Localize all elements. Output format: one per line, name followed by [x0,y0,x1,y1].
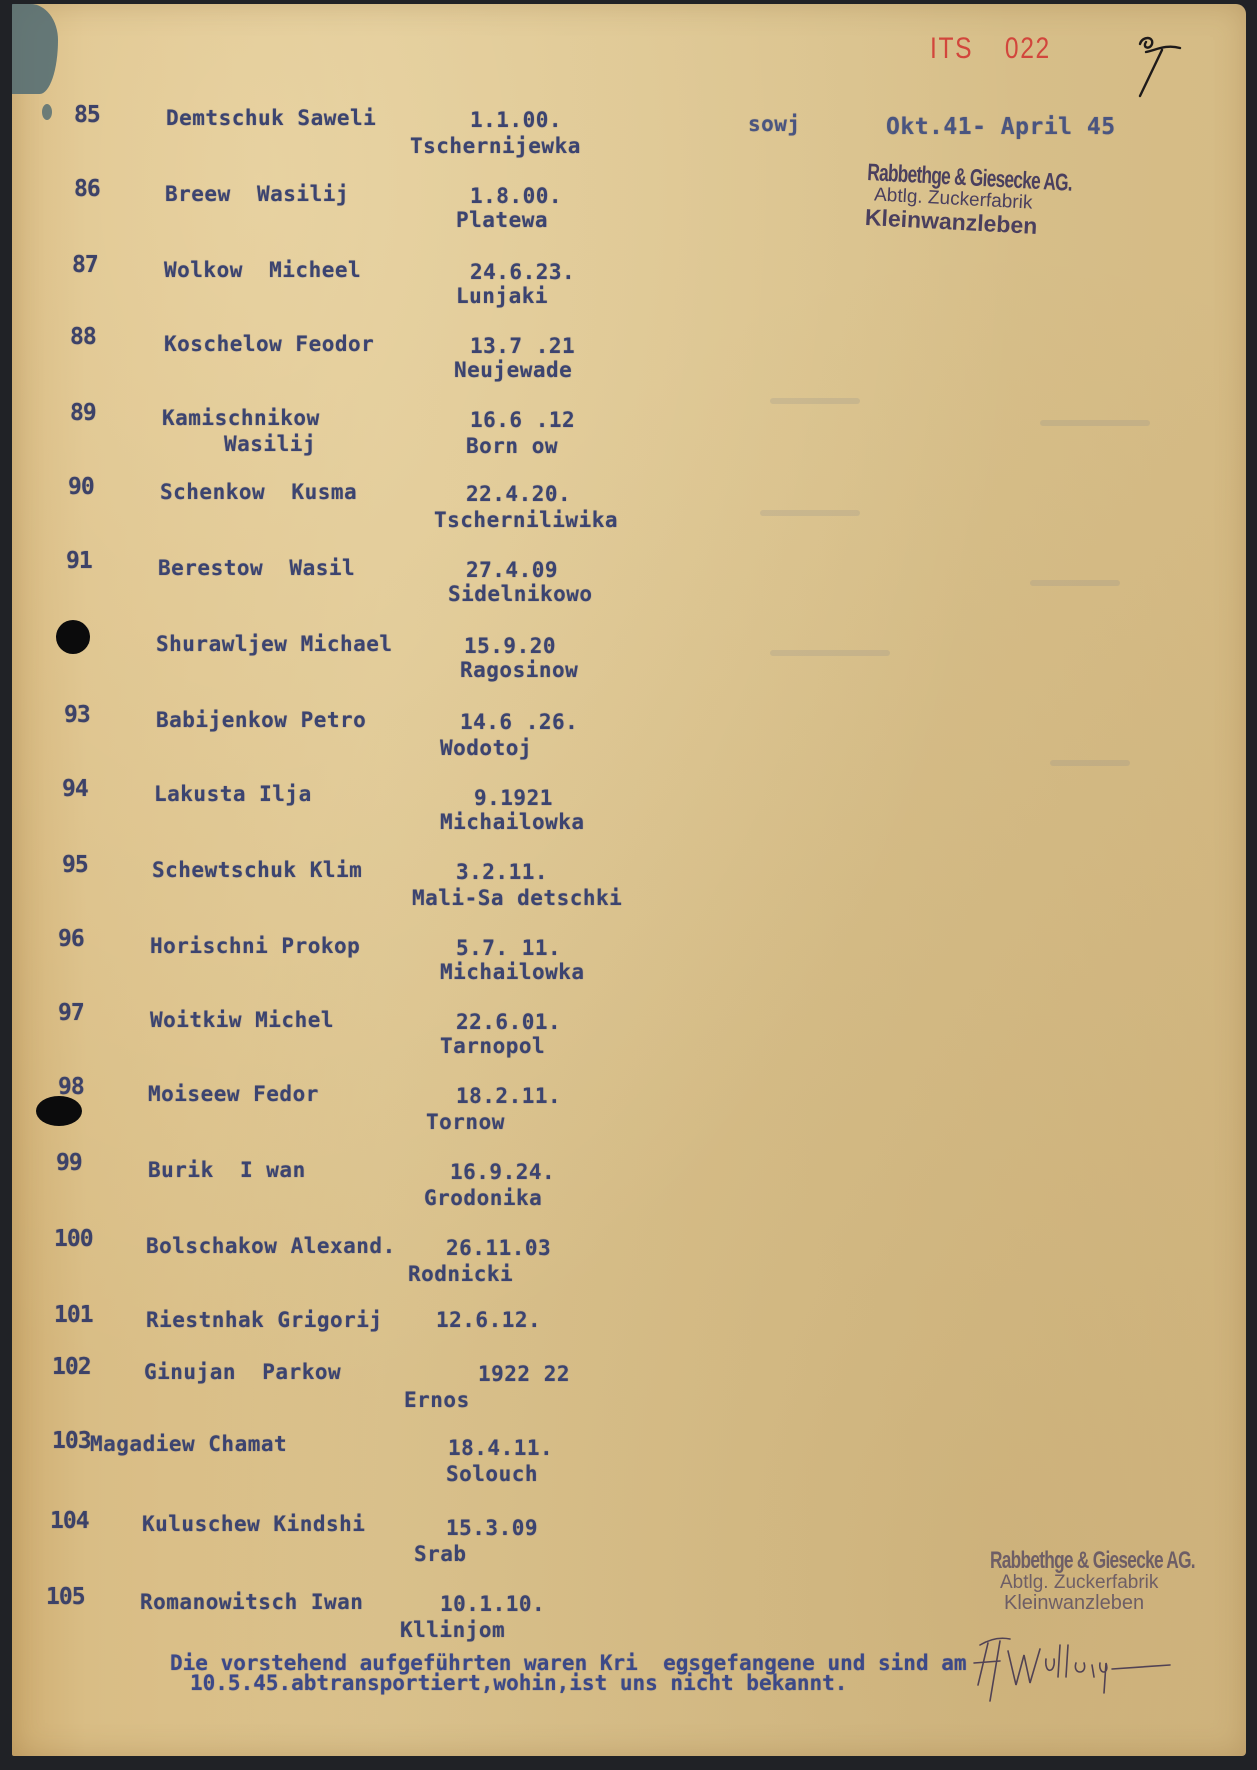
entry-birthplace: Ernos [404,1388,470,1412]
signature-icon: F. Wollschläger [960,1615,1180,1705]
entry-number: 97 [58,1000,84,1026]
entry-birthplace: Tschernijewka [410,134,581,158]
entry-birthdate: 13.7 .21 [470,334,575,358]
entry-birthplace: Ragosinow [460,658,578,682]
bleed-through-mark [1030,580,1120,586]
entry-number: 104 [50,1508,89,1534]
entry-name: Romanowitsch Iwan [140,1590,363,1614]
entry-name: Ginujan Parkow [144,1360,341,1384]
company-stamp-bottom: Rabbethge & Giesecke AG. Abtlg. Zuckerfa… [990,1548,1257,1614]
stamp-company-name: Rabbethge & Giesecke AG. [990,1548,1195,1573]
entry-birthdate: 22.4.20. [466,482,571,506]
entry-birthplace: Neujewade [454,358,572,382]
archive-stamp: ITS 022 [930,32,1051,66]
entry-birthdate: 3.2.11. [456,860,548,884]
entry-name: Woitkiw Michel [150,1008,334,1032]
entry-name: Babijenkow Petro [156,708,366,732]
entry-birthplace: Born ow [466,434,558,458]
entry-birthdate: 15.3.09 [446,1516,538,1540]
entry-name: Wolkow Micheel [164,258,361,282]
water-stain [12,4,58,94]
entry-birthplace: Kllinjom [400,1618,505,1642]
footer-note-line2: 10.5.45.abtransportiert,wohin,ist uns ni… [190,1672,847,1694]
entry-name: Koschelow Feodor [164,332,374,356]
archive-stamp-prefix: ITS [930,32,973,65]
entry-number: 87 [72,252,98,278]
entry-birthdate: 5.7. 11. [456,936,561,960]
bleed-through-mark [1040,420,1150,426]
entry-number: 89 [70,400,96,426]
entry-birthdate: 10.1.10. [440,1592,545,1616]
entry-name: Burik I wan [148,1158,306,1182]
entry-number: 93 [64,702,90,728]
entry-birthplace: Solouch [446,1462,538,1486]
entry-name: Magadiew Chamat [90,1432,287,1456]
entry-birthplace: Srab [414,1542,467,1566]
handwritten-page-number-icon [1132,30,1192,100]
bleed-through-mark [770,398,860,404]
entry-number: 85 [74,102,100,128]
entry-name-continued: Wasilij [224,432,316,456]
entry-birthdate: 1.1.00. [470,108,562,132]
entry-birthdate: 12.6.12. [436,1308,541,1332]
entry-number: 100 [54,1226,93,1252]
entry-birthdate: 18.2.11. [456,1084,561,1108]
entry-number: 96 [58,926,84,952]
entry-birthdate: 16.6 .12 [470,408,575,432]
entry-birthdate: 27.4.09 [466,558,558,582]
entry-name: Bolschakow Alexand. [146,1234,396,1258]
nationality-label: sowj [748,112,801,136]
entry-number: 103 [52,1428,91,1454]
entry-number: 105 [46,1584,85,1610]
entry-number: 95 [62,852,88,878]
entry-birthplace: Lunjaki [456,284,548,308]
entry-birthdate: 9.1921 [474,786,553,810]
entry-name: Moiseew Fedor [148,1082,319,1106]
entry-number: 99 [56,1150,82,1176]
entry-number: 102 [52,1354,91,1380]
entry-birthdate: 15.9.20 [464,634,556,658]
entry-birthdate: 26.11.03 [446,1236,551,1260]
entry-number: 90 [68,474,94,500]
employment-period: Okt.41- April 45 [886,114,1116,140]
entry-number: 91 [66,548,92,574]
entry-birthdate: 22.6.01. [456,1010,561,1034]
stamp-department: Abtlg. Zuckerfabrik [1000,1573,1257,1593]
punch-hole [56,620,90,654]
entry-birthplace: Sidelnikowo [448,582,593,606]
entry-name: Lakusta Ilja [154,782,312,806]
punch-hole [36,1096,82,1126]
entry-name: Schewtschuk Klim [152,858,362,882]
entry-birthdate: 24.6.23. [470,260,575,284]
entry-name: Breew Wasilij [165,182,349,206]
entry-birthplace: Rodnicki [408,1262,513,1286]
entry-birthplace: Tornow [426,1110,505,1134]
entry-birthdate: 18.4.11. [448,1436,553,1460]
entry-number: 86 [74,176,100,202]
entry-number: 88 [70,324,96,350]
entry-name: Demtschuk Saweli [166,106,376,130]
entry-name: Riestnhak Grigorij [146,1308,383,1332]
entry-birthplace: Michailowka [440,810,585,834]
entry-birthplace: Tscherniliwika [434,508,618,532]
entry-number: 101 [54,1302,93,1328]
entry-birthdate: 1.8.00. [470,184,562,208]
entry-birthplace: Grodonika [424,1186,542,1210]
entry-name: Kuluschew Kindshi [142,1512,365,1536]
entry-birthplace: Platewa [456,208,548,232]
bleed-through-mark [760,510,860,516]
entry-name: Horischni Prokop [150,934,360,958]
company-stamp-top: Rabbethge & Giesecke AG. Abtlg. Zuckerfa… [864,160,1152,244]
stamp-location: Kleinwanzleben [1004,1593,1257,1614]
archive-stamp-number: 022 [1005,32,1051,65]
entry-birthdate: 1922 22 [478,1362,570,1386]
entry-name: Schenkow Kusma [160,480,357,504]
entry-name: Shurawljew Michael [156,632,393,656]
entry-birthdate: 16.9.24. [450,1160,555,1184]
bleed-through-mark [770,650,890,656]
water-stain-spot [42,104,52,120]
entry-birthplace: Tarnopol [440,1034,545,1058]
entry-birthplace: Wodotoj [440,736,532,760]
entry-birthdate: 14.6 .26. [460,710,578,734]
entry-name: Berestow Wasil [158,556,355,580]
entry-number: 94 [62,776,88,802]
bleed-through-mark [1050,760,1130,766]
entry-birthplace: Mali-Sa detschki [412,886,622,910]
entry-birthplace: Michailowka [440,960,585,984]
entry-name: Kamischnikow [162,406,320,430]
